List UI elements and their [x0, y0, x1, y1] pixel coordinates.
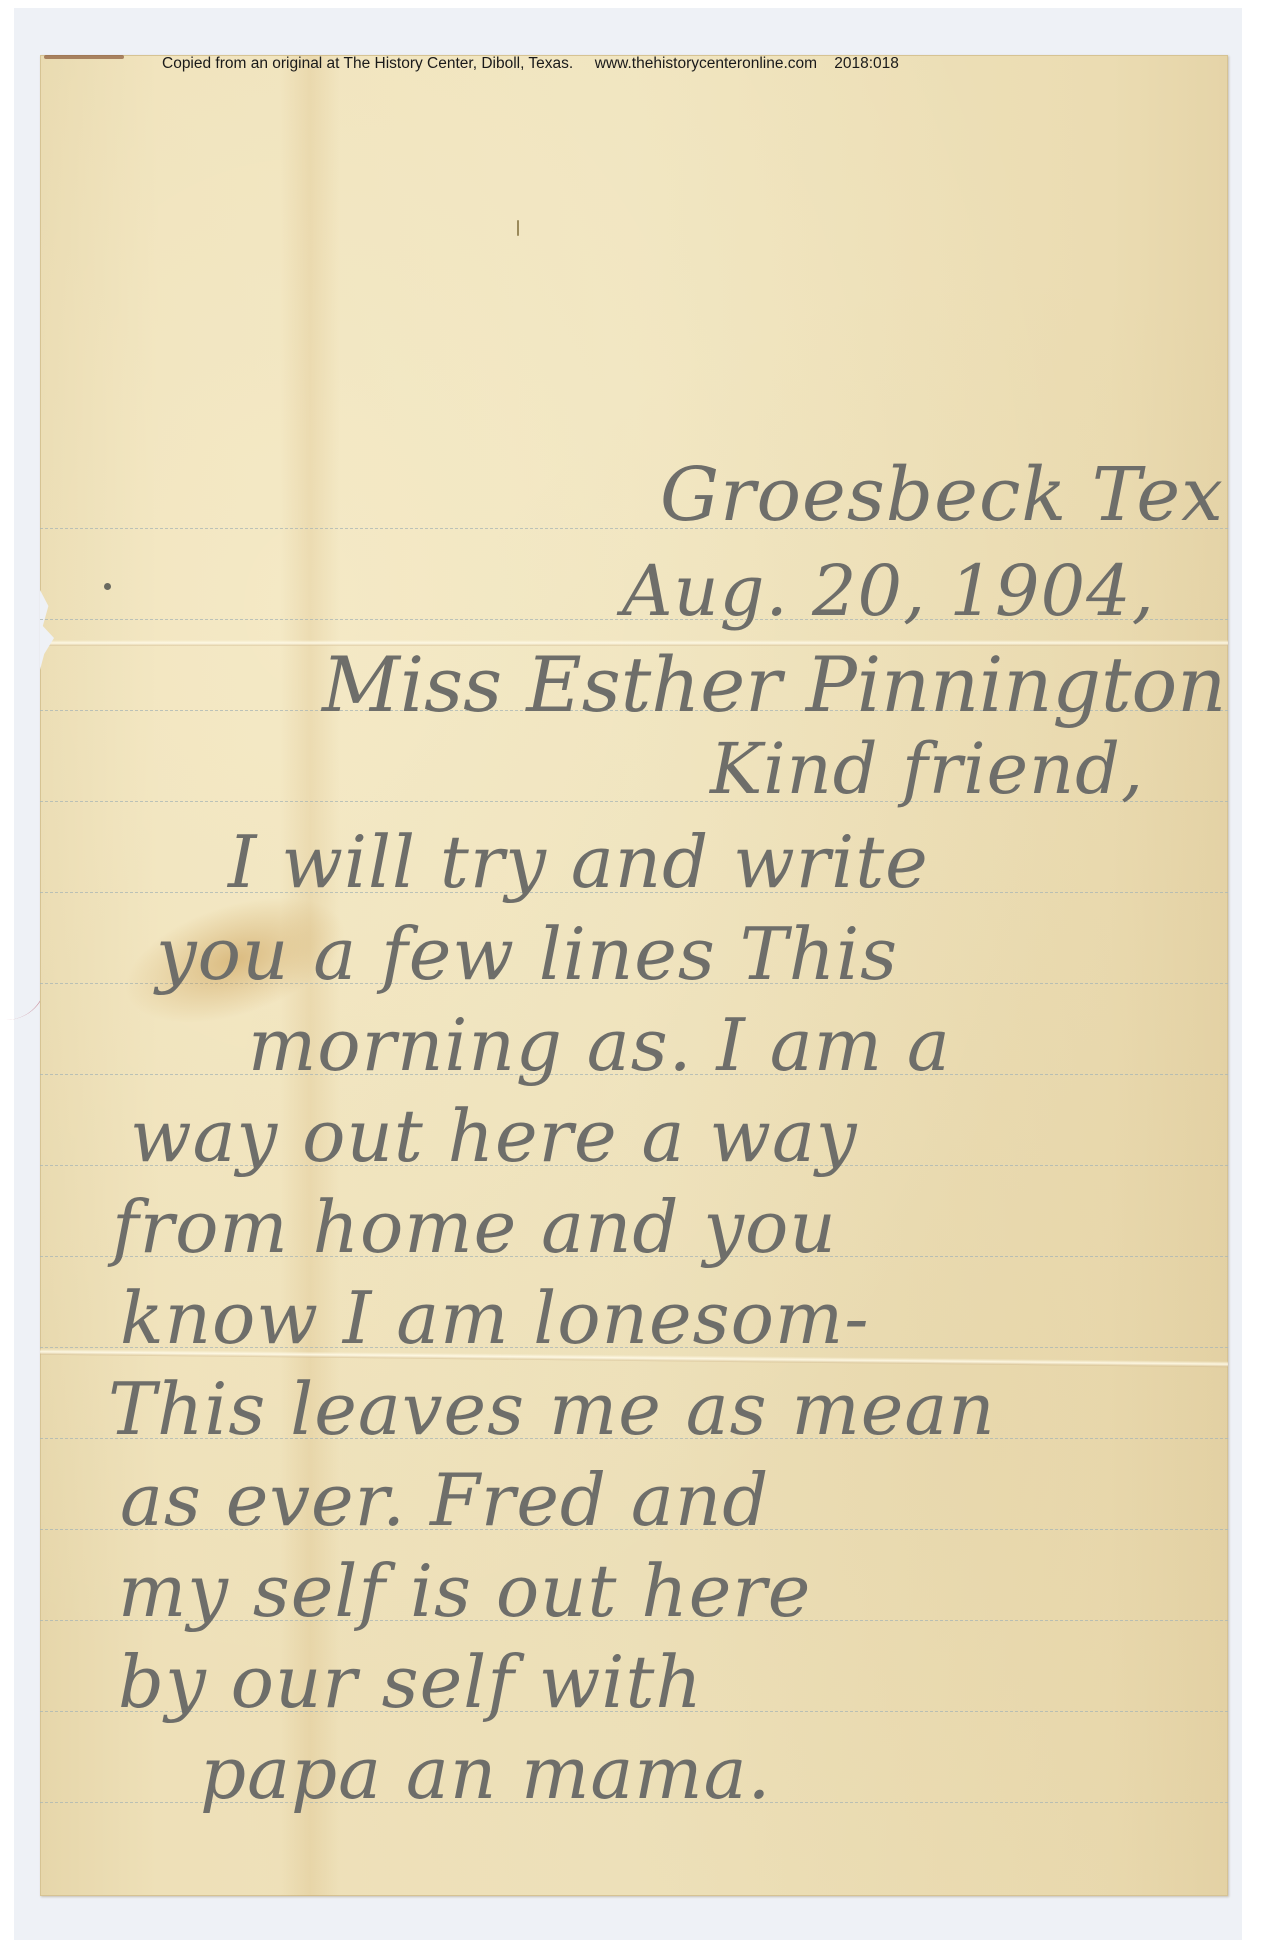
- letter-line: I will try and write: [228, 820, 929, 904]
- letter-line: way out here a way: [130, 1094, 858, 1178]
- letter-date: Aug. 20, 1904,: [622, 550, 1155, 632]
- letter-line: you a few lines This: [156, 912, 898, 996]
- letter-line: morning as. I am a: [248, 1003, 951, 1087]
- letter-salutation: Kind friend,: [710, 728, 1144, 810]
- archive-caption: Copied from an original at The History C…: [0, 55, 1270, 73]
- letter-line: as ever. Fred and: [120, 1458, 769, 1542]
- letter-recipient: Miss Esther Pinnington: [322, 640, 1226, 729]
- letter-place: Groesbeck Tex: [660, 452, 1224, 538]
- letter-line: by our self with: [118, 1640, 703, 1724]
- letter-line: my self is out here: [118, 1549, 811, 1633]
- letter-line: from home and you: [112, 1185, 837, 1269]
- letter-line: This leaves me as mean: [108, 1367, 996, 1451]
- letter-line: papa an mama.: [200, 1731, 771, 1815]
- paper-speck: [517, 220, 519, 236]
- letter-line: know I am lonesom-: [120, 1276, 870, 1360]
- paper-speck: [104, 583, 111, 590]
